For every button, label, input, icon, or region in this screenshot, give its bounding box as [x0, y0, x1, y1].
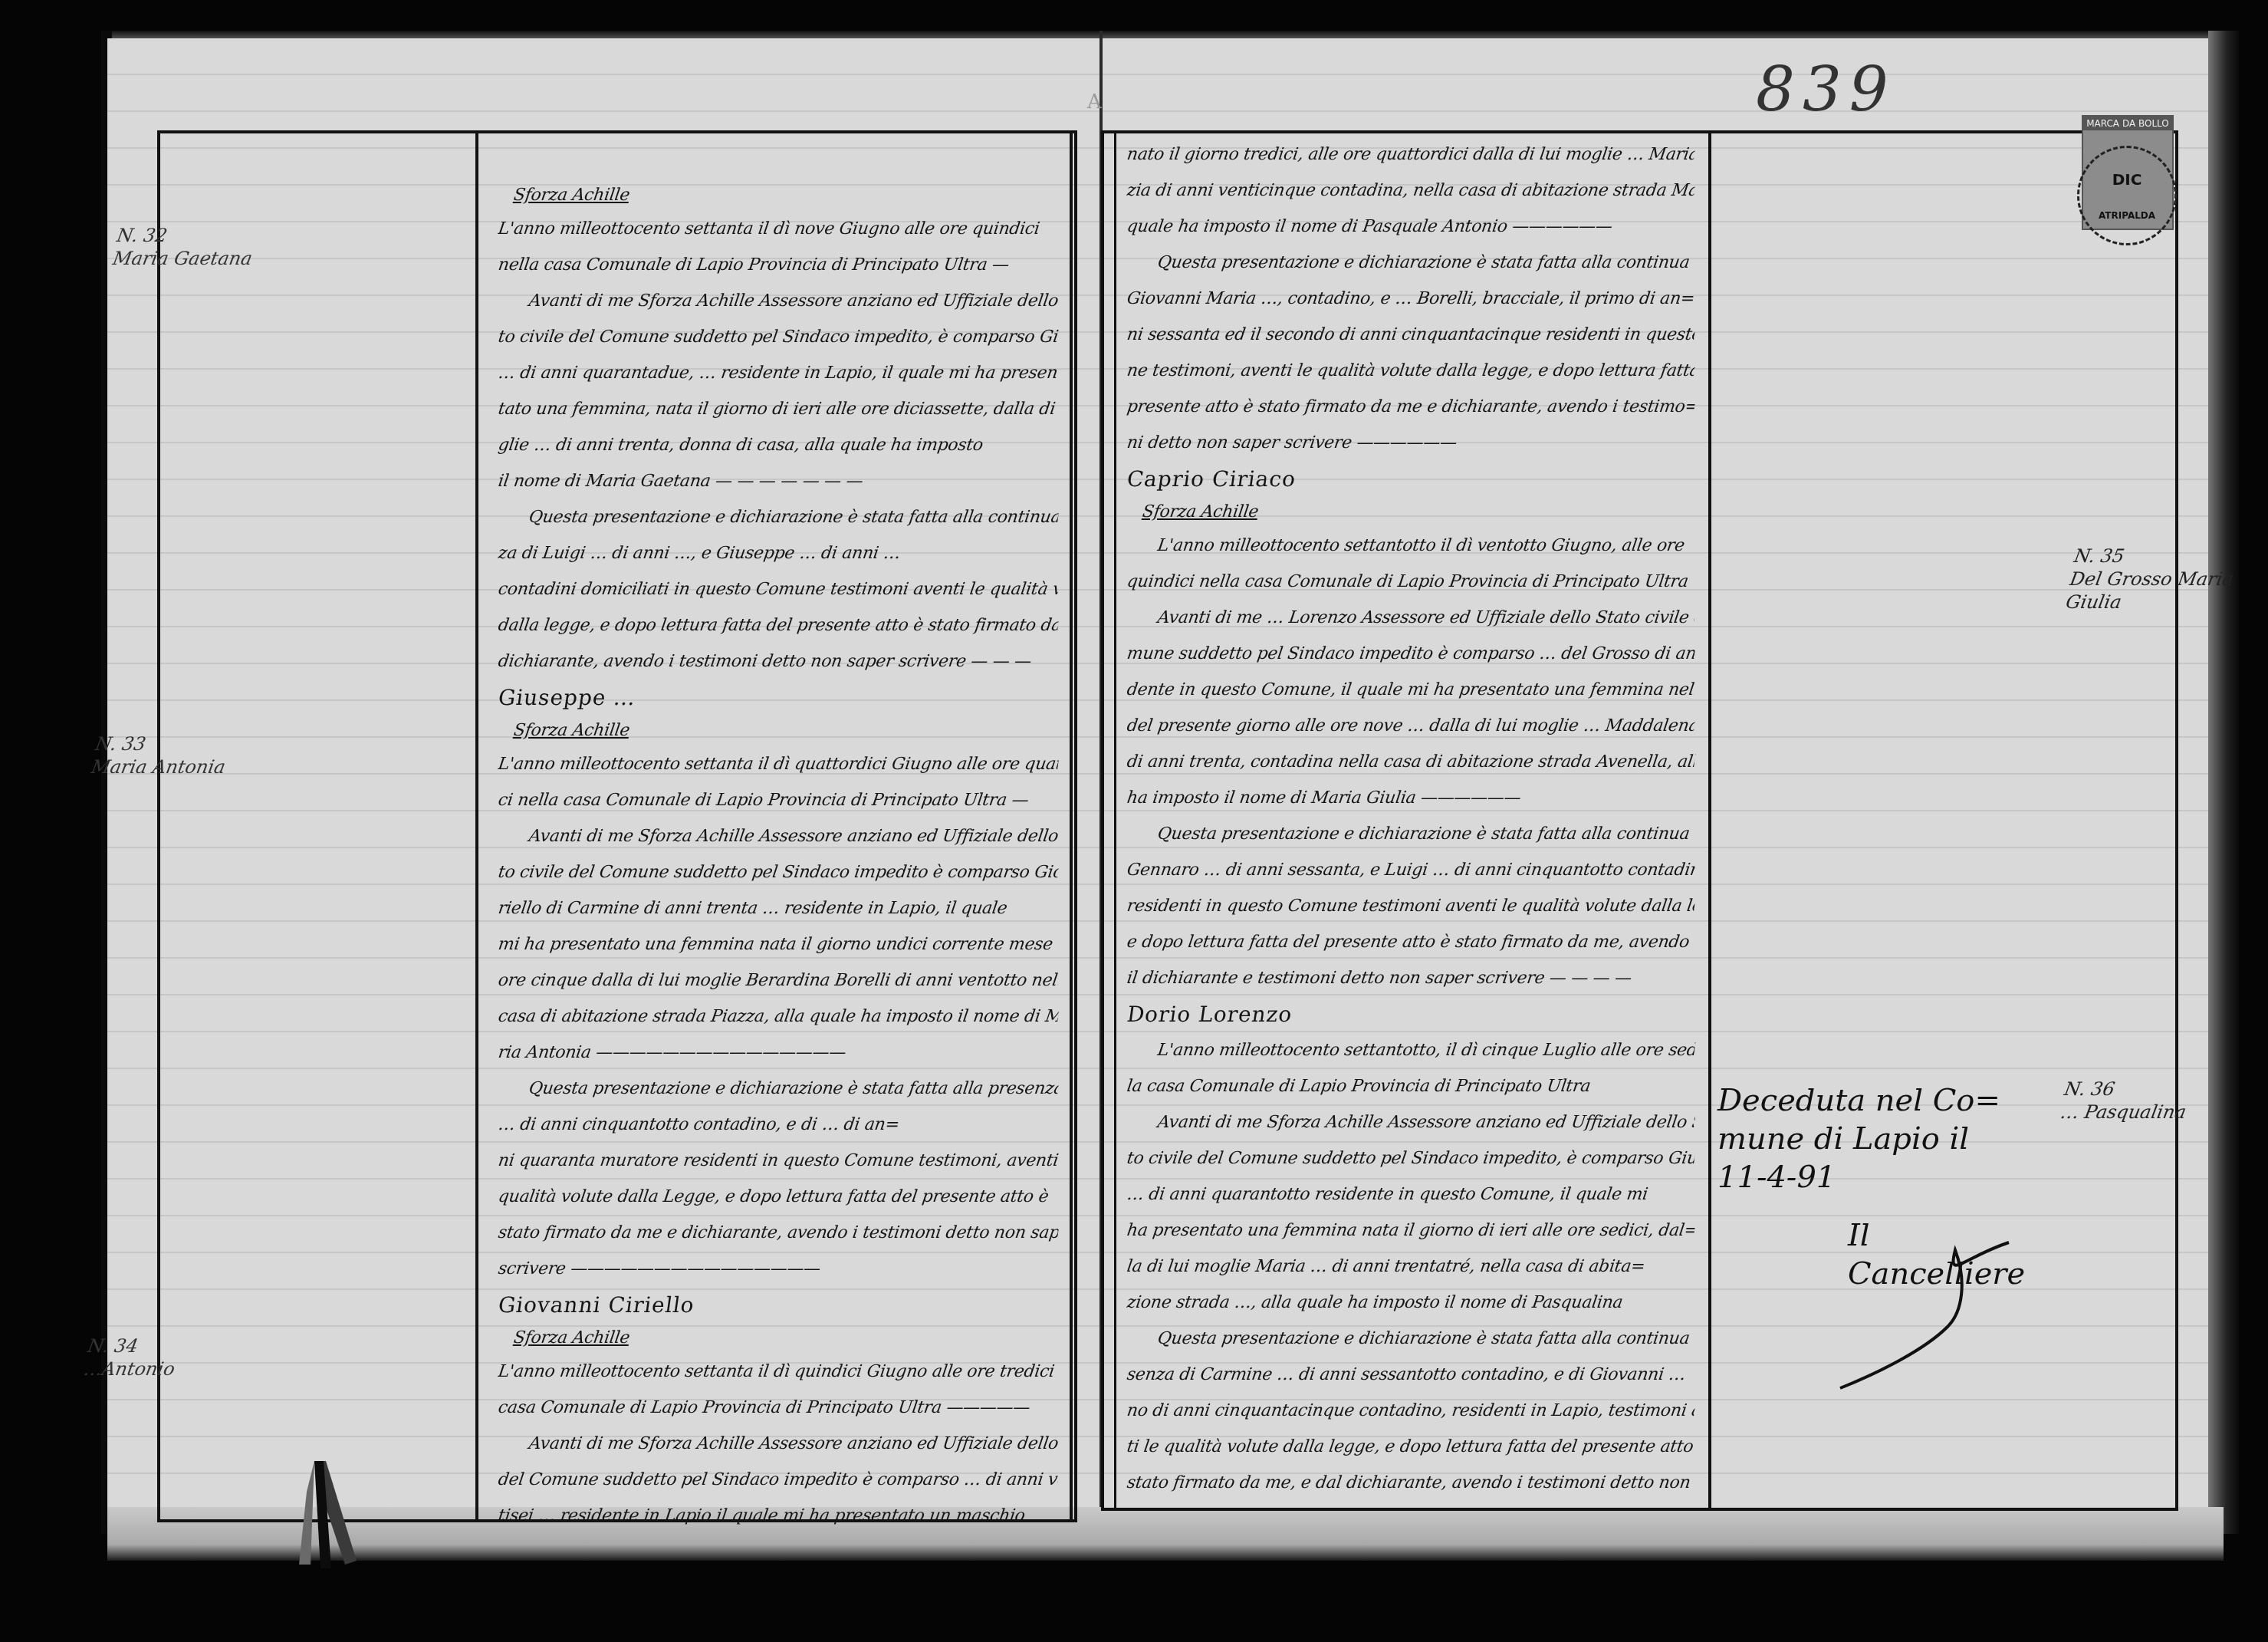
handwritten-line: ni detto non saper scrivere —————— [1125, 425, 1698, 461]
handwritten-line: ha imposto il nome di Maria Giulia —————… [1125, 780, 1698, 816]
handwritten-line: L'anno milleottocento settanta il dì qui… [496, 1354, 1061, 1390]
handwritten-line: Questa presentazione e dichiarazione è s… [1125, 816, 1698, 852]
handwritten-line: Questa presentazione e dichiarazione è s… [1125, 245, 1698, 281]
margin-note-text: … Pasqualina [2059, 1101, 2188, 1124]
handwritten-line: presente atto è stato firmato da me e di… [1125, 389, 1698, 425]
handwritten-line: scrivere ——————————————— [496, 1251, 1061, 1287]
handwritten-line: stato firmato da me e dichiarante, avend… [496, 1215, 1061, 1251]
left-page-text-column: Sforza AchilleL'anno milleottocento sett… [498, 180, 1058, 1534]
handwritten-line: mi ha presentato una femmina nata il gio… [496, 926, 1061, 962]
handwritten-line: la di lui moglie Maria … di anni trentat… [1125, 1249, 1698, 1285]
margin-note-33: N. 33 Maria Antonia [90, 732, 232, 778]
margin-note-35: N. 35 Del Grosso Maria Giulia [2064, 545, 2268, 614]
handwritten-line: Questa presentazione e dichiarazione è s… [496, 499, 1061, 535]
stamp-label: MARCA DA BOLLO [2083, 117, 2172, 130]
margin-note-text: Maria Gaetana [111, 247, 255, 270]
handwritten-line: ne testimoni, aventi le qualità volute d… [1125, 353, 1698, 389]
handwritten-line: … di anni quarantadue, … residente in La… [496, 355, 1061, 391]
handwritten-line: to civile del Comune suddetto pel Sindac… [496, 319, 1061, 355]
handwritten-line: … di anni quarantotto residente in quest… [1125, 1176, 1698, 1213]
handwritten-line: stato firmato da me, e dal dichiarante, … [1125, 1465, 1698, 1501]
signature: Caprio Ciriaco [1125, 461, 1698, 497]
handwritten-line: residenti in questo Comune testimoni ave… [1125, 888, 1698, 924]
handwritten-line: la casa Comunale di Lapio Provincia di P… [1125, 1068, 1698, 1104]
handwritten-line: za di Luigi … di anni …, e Giuseppe … di… [496, 535, 1061, 571]
handwritten-line: tisei … residente in Lapio il quale mi h… [496, 1498, 1061, 1534]
handwritten-line: casa Comunale di Lapio Provincia di Prin… [496, 1390, 1061, 1426]
officer-signature: Sforza Achille [496, 180, 1060, 211]
handwritten-line: quale ha imposto il nome di Pasquale Ant… [1125, 209, 1698, 245]
handwritten-line: Questa presentazione e dichiarazione è s… [1125, 1321, 1698, 1357]
handwritten-line: to civile del Comune suddetto pel Sindac… [496, 854, 1061, 890]
handwritten-line: dichiarante, avendo i testimoni detto no… [496, 643, 1061, 680]
margin-note-36: N. 36 … Pasqualina [2059, 1078, 2192, 1124]
handwritten-line: Avanti di me … Lorenzo Assessore ed Uffi… [1125, 600, 1698, 636]
handwritten-line: ti le qualità volute dalla legge, e dopo… [1125, 1429, 1698, 1465]
officer-signature: Sforza Achille [496, 716, 1060, 746]
margin-note-text: Del Grosso Maria Giulia [2064, 568, 2268, 614]
annotation-line: 11-4-91 [1717, 1158, 2055, 1196]
handwritten-line: nato il giorno tredici, alle ore quattor… [1125, 137, 1698, 173]
right-page-left-rule [1114, 130, 1116, 1511]
annotation-line: mune di Lapio il [1717, 1120, 2055, 1158]
handwritten-line: ni quaranta muratore residenti in questo… [496, 1143, 1061, 1179]
handwritten-line: … di anni cinquantotto contadino, e di …… [496, 1107, 1061, 1143]
handwritten-line: ore cinque dalla di lui moglie Berardina… [496, 962, 1061, 999]
handwritten-line: Avanti di me Sforza Achille Assessore an… [1125, 1104, 1698, 1140]
right-page-margin-rule [1708, 130, 1711, 1511]
handwritten-line: L'anno milleottocento settanta il dì nov… [496, 211, 1061, 247]
handwritten-line: e dopo lettura fatta del presente atto è… [1125, 924, 1698, 960]
margin-note-text: …Antonio [82, 1357, 177, 1380]
signature: Dorio Lorenzo [1125, 996, 1698, 1032]
margin-note-number: N. 35 [2072, 545, 2268, 568]
handwritten-line: senza di Carmine … di anni sessantotto c… [1125, 1357, 1698, 1393]
handwritten-line: L'anno milleottocento settantotto, il dì… [1125, 1032, 1698, 1068]
handwritten-line: riello di Carmine di anni trenta … resid… [496, 890, 1061, 926]
handwritten-line: dente in questo Comune, il quale mi ha p… [1125, 672, 1698, 708]
handwritten-line: Questa presentazione e dichiarazione è s… [496, 1071, 1061, 1107]
left-page-margin-rule [475, 130, 478, 1522]
margin-note-text: Maria Antonia [90, 755, 228, 778]
handwritten-line: zia di anni venticinque contadina, nella… [1125, 173, 1698, 209]
left-page-right-rule [1070, 130, 1073, 1522]
handwritten-line: ni sessanta ed il secondo di anni cinqua… [1125, 317, 1698, 353]
handwritten-line: ci nella casa Comunale di Lapio Provinci… [496, 782, 1061, 818]
postmark-place: ATRIPALDA [2099, 210, 2155, 221]
signature: Giuseppe … [496, 680, 1061, 716]
handwritten-line: di anni trenta, contadina nella casa di … [1125, 744, 1698, 780]
handwritten-line: L'anno milleottocento settantotto il dì … [1125, 528, 1698, 564]
margin-note-34: N. 34 …Antonio [82, 1334, 181, 1380]
handwritten-line: tato una femmina, nata il giorno di ieri… [496, 391, 1061, 427]
handwritten-line: il nome di Maria Gaetana — — — — — — — [496, 463, 1061, 499]
handwritten-line: Giovanni Maria …, contadino, e … Borelli… [1125, 281, 1698, 317]
handwritten-line: mune suddetto pel Sindaco impedito è com… [1125, 636, 1698, 672]
handwritten-line: il dichiarante e testimoni detto non sap… [1125, 960, 1698, 996]
folio-number: 839 [1756, 54, 1896, 125]
gutter-mark: A [1087, 90, 1102, 114]
bookmark-ribbon-icon [284, 1461, 360, 1568]
signature-flourish-icon [1832, 1235, 2032, 1403]
right-page-text-column: nato il giorno tredici, alle ore quattor… [1127, 137, 1694, 1501]
officer-signature: Sforza Achille [496, 1323, 1060, 1354]
book-right-edge [2208, 31, 2239, 1534]
postmark-icon: DIC ATRIPALDA [2077, 146, 2177, 245]
handwritten-line: nella casa Comunale di Lapio Provincia d… [496, 247, 1061, 283]
revenue-stamp: MARCA DA BOLLO DIC ATRIPALDA [2082, 115, 2174, 230]
handwritten-line: Avanti di me Sforza Achille Assessore an… [496, 818, 1061, 854]
annotation-line: Deceduta nel Co= [1717, 1081, 2055, 1120]
margin-note-32: N. 32 Maria Gaetana [111, 224, 258, 270]
handwritten-line: contadini domiciliati in questo Comune t… [496, 571, 1061, 607]
handwritten-line: no di anni cinquantacinque contadino, re… [1125, 1393, 1698, 1429]
handwritten-line: del presente giorno alle ore nove … dall… [1125, 708, 1698, 744]
handwritten-line: casa di abitazione strada Piazza, alla q… [496, 999, 1061, 1035]
officer-signature: Sforza Achille [1125, 497, 1697, 528]
postmark-date: DIC [2112, 170, 2142, 189]
margin-note-number: N. 34 [86, 1334, 181, 1357]
handwritten-line: Avanti di me Sforza Achille Assessore an… [496, 283, 1061, 319]
handwritten-line: zione strada …, alla quale ha imposto il… [1125, 1285, 1698, 1321]
handwritten-line: Gennaro … di anni sessanta, e Luigi … di… [1125, 852, 1698, 888]
handwritten-line: del Comune suddetto pel Sindaco impedito… [496, 1462, 1061, 1498]
handwritten-line: glie … di anni trenta, donna di casa, al… [496, 427, 1061, 463]
margin-note-number: N. 33 [94, 732, 232, 755]
handwritten-line: quindici nella casa Comunale di Lapio Pr… [1125, 564, 1698, 600]
handwritten-line: Avanti di me Sforza Achille Assessore an… [496, 1426, 1061, 1462]
signature: Giovanni Ciriello [496, 1287, 1061, 1323]
handwritten-line: ria Antonia ——————————————— [496, 1035, 1061, 1071]
margin-note-number: N. 32 [115, 224, 258, 247]
scanned-book-spread: A 839 MARCA DA BOLLO DIC ATRIPALDA N. 32… [0, 0, 2268, 1642]
handwritten-line: to civile del Comune suddetto pel Sindac… [1125, 1140, 1698, 1176]
margin-note-number: N. 36 [2063, 1078, 2192, 1101]
handwritten-line: L'anno milleottocento settanta il dì qua… [496, 746, 1061, 782]
handwritten-line: ha presentato una femmina nata il giorno… [1125, 1213, 1698, 1249]
handwritten-line: dalla legge, e dopo lettura fatta del pr… [496, 607, 1061, 643]
handwritten-line: qualità volute dalla Legge, e dopo lettu… [496, 1179, 1061, 1215]
